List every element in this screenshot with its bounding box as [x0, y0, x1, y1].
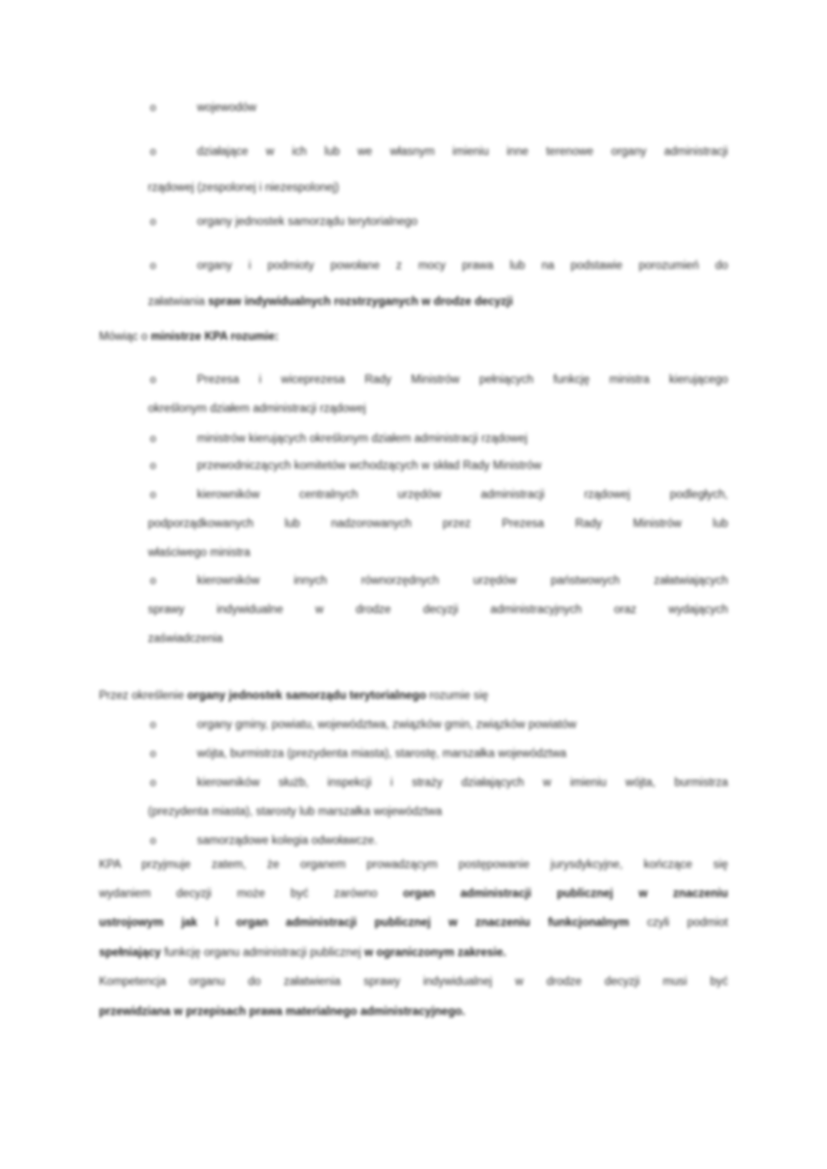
bold-text: terytorialnego	[346, 690, 426, 702]
text-run: przewodniczących komitetów wchodzących w…	[197, 460, 542, 472]
closing-paragraph-line: Kompetencja organu do załatwienia sprawy…	[99, 975, 728, 989]
list-item-line: właściwego ministra	[148, 546, 728, 560]
list-item-line: ministrów kierujących określonym działem…	[197, 432, 728, 446]
closing-paragraph-line: wydaniem decyzji może być zarówno organ …	[99, 887, 728, 901]
closing-paragraph-line: spełniający funkcję organu administracji…	[99, 946, 728, 960]
list-item-line: organy gminy, powiatu, województwa, zwią…	[197, 718, 728, 732]
text-run: Przez określenie	[99, 690, 187, 702]
text-run: ministrów kierujących określonym działem…	[197, 433, 527, 445]
text-run: działające w ich lub we własnym imieniu …	[197, 146, 728, 158]
bullet-icon: o	[150, 574, 156, 588]
text-run: samorządowe kolegia odwoławcze.	[197, 835, 377, 847]
bold-text: w ograniczonym zakresie.	[364, 947, 506, 959]
document-page: owojewodówodziałające w ich lub we własn…	[0, 0, 827, 1169]
list-item-line: wójta, burmistrza (prezydenta miasta), s…	[197, 747, 728, 761]
text-run: rządowej (zespolonej i niezespolonej)	[148, 182, 339, 194]
bullet-icon: o	[150, 488, 156, 502]
list-item-line: (prezydenta miasta), starosty lub marsza…	[148, 805, 728, 819]
bullet-icon: o	[150, 145, 156, 159]
list-item-line: organy i podmioty powołane z mocy prawa …	[197, 259, 728, 273]
text-run: kierowników służb, inspekcji i straży dz…	[197, 777, 728, 789]
bullet-icon: o	[150, 215, 156, 229]
bold-text: spraw indywidualnych rozstrzyganych w dr…	[208, 296, 513, 308]
list-item-line: kierowników innych równorzędnych urzędów…	[197, 574, 728, 588]
text-run: Prezesa i wiceprezesa Rady Ministrów peł…	[197, 374, 728, 386]
list-item-line: rządowej (zespolonej i niezespolonej)	[148, 181, 728, 195]
text-run: organy gminy, powiatu, województwa, zwią…	[197, 719, 576, 731]
bullet-icon: o	[150, 373, 156, 387]
bullet-icon: o	[150, 259, 156, 273]
closing-paragraph-line: ustrojowym jak i organ administracji pub…	[99, 916, 728, 930]
text-run: funkcję organu administracji publicznej	[161, 947, 364, 959]
text-run: rozumie się	[426, 690, 488, 702]
list-item-line: przewodniczących komitetów wchodzących w…	[197, 459, 728, 473]
bold-text: ustrojowym jak i organ administracji pub…	[99, 917, 629, 929]
paragraph-heading: Przez określenie organy jednostek samorz…	[99, 689, 488, 703]
list-item-line: samorządowe kolegia odwoławcze.	[197, 834, 728, 848]
list-item-line: wojewodów	[197, 101, 728, 115]
bullet-icon: o	[150, 747, 156, 761]
bullet-icon: o	[150, 459, 156, 473]
bullet-icon: o	[150, 432, 156, 446]
list-item-line: działające w ich lub we własnym imieniu …	[197, 145, 728, 159]
list-item-line: podporządkowanych lub nadzorowanych prze…	[148, 517, 728, 531]
closing-paragraph-line: KPA przyjmuje zatem, że organem prowadzą…	[99, 858, 728, 872]
text-run: podporządkowanych lub nadzorowanych prze…	[148, 518, 728, 530]
text-run: wójta, burmistrza (prezydenta miasta), s…	[197, 748, 566, 760]
text-run: organy jednostek samorządu terytorialneg…	[197, 216, 418, 228]
text-run: KPA przyjmuje zatem, że organem prowadzą…	[99, 859, 728, 871]
list-item-line: kierowników centralnych urzędów administ…	[197, 488, 728, 502]
list-item-line: zaświadczenia	[148, 632, 728, 646]
paragraph-heading: Mówiąc o ministrze KPA rozumie:	[99, 330, 279, 344]
text-run: kierowników innych równorzędnych urzędów…	[197, 575, 728, 587]
text-run: właściwego ministra	[148, 547, 250, 559]
text-run: Mówiąc o	[99, 331, 151, 343]
text-run: sprawy indywidualne w drodze decyzji adm…	[148, 604, 728, 616]
list-item-line: sprawy indywidualne w drodze decyzji adm…	[148, 603, 728, 617]
text-run: Kompetencja organu do załatwienia sprawy…	[99, 976, 728, 988]
list-item-line: określonym działem administracji rządowe…	[148, 402, 728, 416]
list-item-line: Prezesa i wiceprezesa Rady Ministrów peł…	[197, 373, 728, 387]
bold-text: organy jednostek samorządu	[187, 690, 346, 702]
bullet-icon: o	[150, 776, 156, 790]
list-item-line: organy jednostek samorządu terytorialneg…	[197, 215, 728, 229]
bold-text: organ administracji publicznej w znaczen…	[403, 888, 728, 900]
list-item-line: kierowników służb, inspekcji i straży dz…	[197, 776, 728, 790]
text-run: kierowników centralnych urzędów administ…	[197, 489, 728, 501]
text-run: załatwiania	[148, 296, 208, 308]
text-run: organy i podmioty powołane z mocy prawa …	[197, 260, 728, 272]
text-run: wydaniem decyzji może być zarówno	[99, 888, 403, 900]
bullet-icon: o	[150, 101, 156, 115]
closing-paragraph-line: przewidziana w przepisach prawa material…	[99, 1005, 728, 1019]
text-run: czyli podmiot	[629, 917, 728, 929]
bold-text: ministrze KPA rozumie:	[151, 331, 279, 343]
text-run: zaświadczenia	[148, 633, 223, 645]
bold-text: spełniający	[99, 947, 161, 959]
bullet-icon: o	[150, 718, 156, 732]
bullet-icon: o	[150, 834, 156, 848]
text-run: (prezydenta miasta), starosty lub marsza…	[148, 806, 442, 818]
bold-text: przewidziana w przepisach prawa material…	[99, 1006, 465, 1018]
text-run: wojewodów	[197, 102, 256, 114]
text-run: określonym działem administracji rządowe…	[148, 403, 366, 415]
list-item-line: załatwiania spraw indywidualnych rozstrz…	[148, 295, 728, 309]
